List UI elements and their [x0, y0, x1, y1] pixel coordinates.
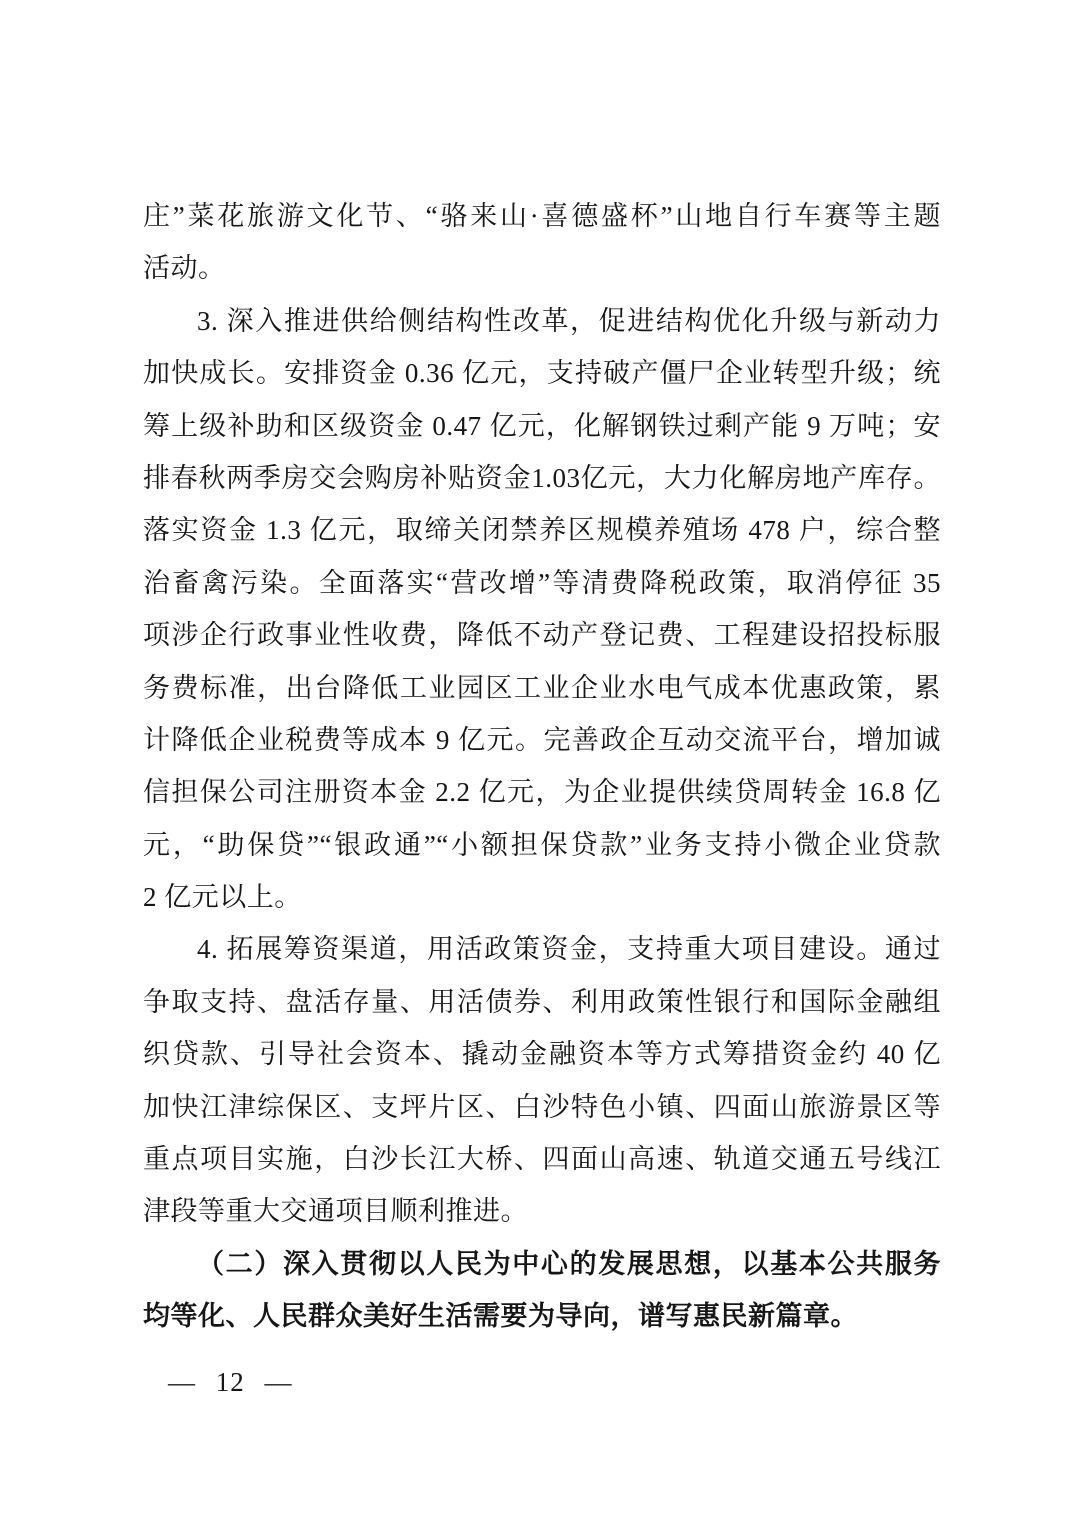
- text-line: 元，“助保贷”“银政通”“小额担保贷款”业务支持小微企业贷款: [143, 819, 941, 871]
- text-line: 庄”菜花旅游文化节、“骆来山·喜德盛杯”山地自行车赛等主题: [143, 190, 941, 242]
- text-line: 津段等重大交通项目顺利推进。: [143, 1185, 941, 1237]
- text-line: （二）深入贯彻以人民为中心的发展思想，以基本公共服务: [143, 1238, 941, 1290]
- text-line: 计降低企业税费等成本 9 亿元。完善政企互动交流平台，增加诚: [143, 714, 941, 766]
- text-line: 重点项目实施，白沙长江大桥、四面山高速、轨道交通五号线江: [143, 1133, 941, 1185]
- text-line: 4. 拓展筹资渠道，用活政策资金，支持重大项目建设。通过: [143, 923, 941, 975]
- text-line: 信担保公司注册资本金 2.2 亿元，为企业提供续贷周转金 16.8 亿: [143, 766, 941, 818]
- text-line: 2 亿元以上。: [143, 871, 941, 923]
- text-line: 争取支持、盘活存量、用活债券、利用政策性银行和国际金融组: [143, 976, 941, 1028]
- page-number: — 12 —: [168, 1362, 293, 1402]
- text-line: 活动。: [143, 242, 941, 294]
- text-line: 务费标准，出台降低工业园区工业企业水电气成本优惠政策，累: [143, 662, 941, 714]
- text-line: 排春秋两季房交会购房补贴资金1.03亿元，大力化解房地产库存。: [143, 452, 941, 504]
- text-line: 3. 深入推进供给侧结构性改革，促进结构优化升级与新动力: [143, 295, 941, 347]
- text-line: 加快成长。安排资金 0.36 亿元，支持破产僵尸企业转型升级；统: [143, 347, 941, 399]
- text-line: 均等化、人民群众美好生活需要为导向，谱写惠民新篇章。: [143, 1290, 941, 1342]
- text-line: 织贷款、引导社会资本、撬动金融资本等方式筹措资金约 40 亿元，: [143, 1028, 941, 1080]
- text-line: 加快江津综保区、支坪片区、白沙特色小镇、四面山旅游景区等: [143, 1081, 941, 1133]
- text-line: 落实资金 1.3 亿元，取缔关闭禁养区规模养殖场 478 户，综合整: [143, 504, 941, 556]
- text-line: 筹上级补助和区级资金 0.47 亿元，化解钢铁过剩产能 9 万吨；安: [143, 400, 941, 452]
- text-line: 治畜禽污染。全面落实“营改增”等清费降税政策，取消停征 35: [143, 557, 941, 609]
- document-page: 庄”菜花旅游文化节、“骆来山·喜德盛杯”山地自行车赛等主题活动。3. 深入推进供…: [0, 0, 1074, 1520]
- document-body: 庄”菜花旅游文化节、“骆来山·喜德盛杯”山地自行车赛等主题活动。3. 深入推进供…: [143, 190, 941, 1343]
- text-line: 项涉企行政事业性收费，降低不动产登记费、工程建设招投标服: [143, 609, 941, 661]
